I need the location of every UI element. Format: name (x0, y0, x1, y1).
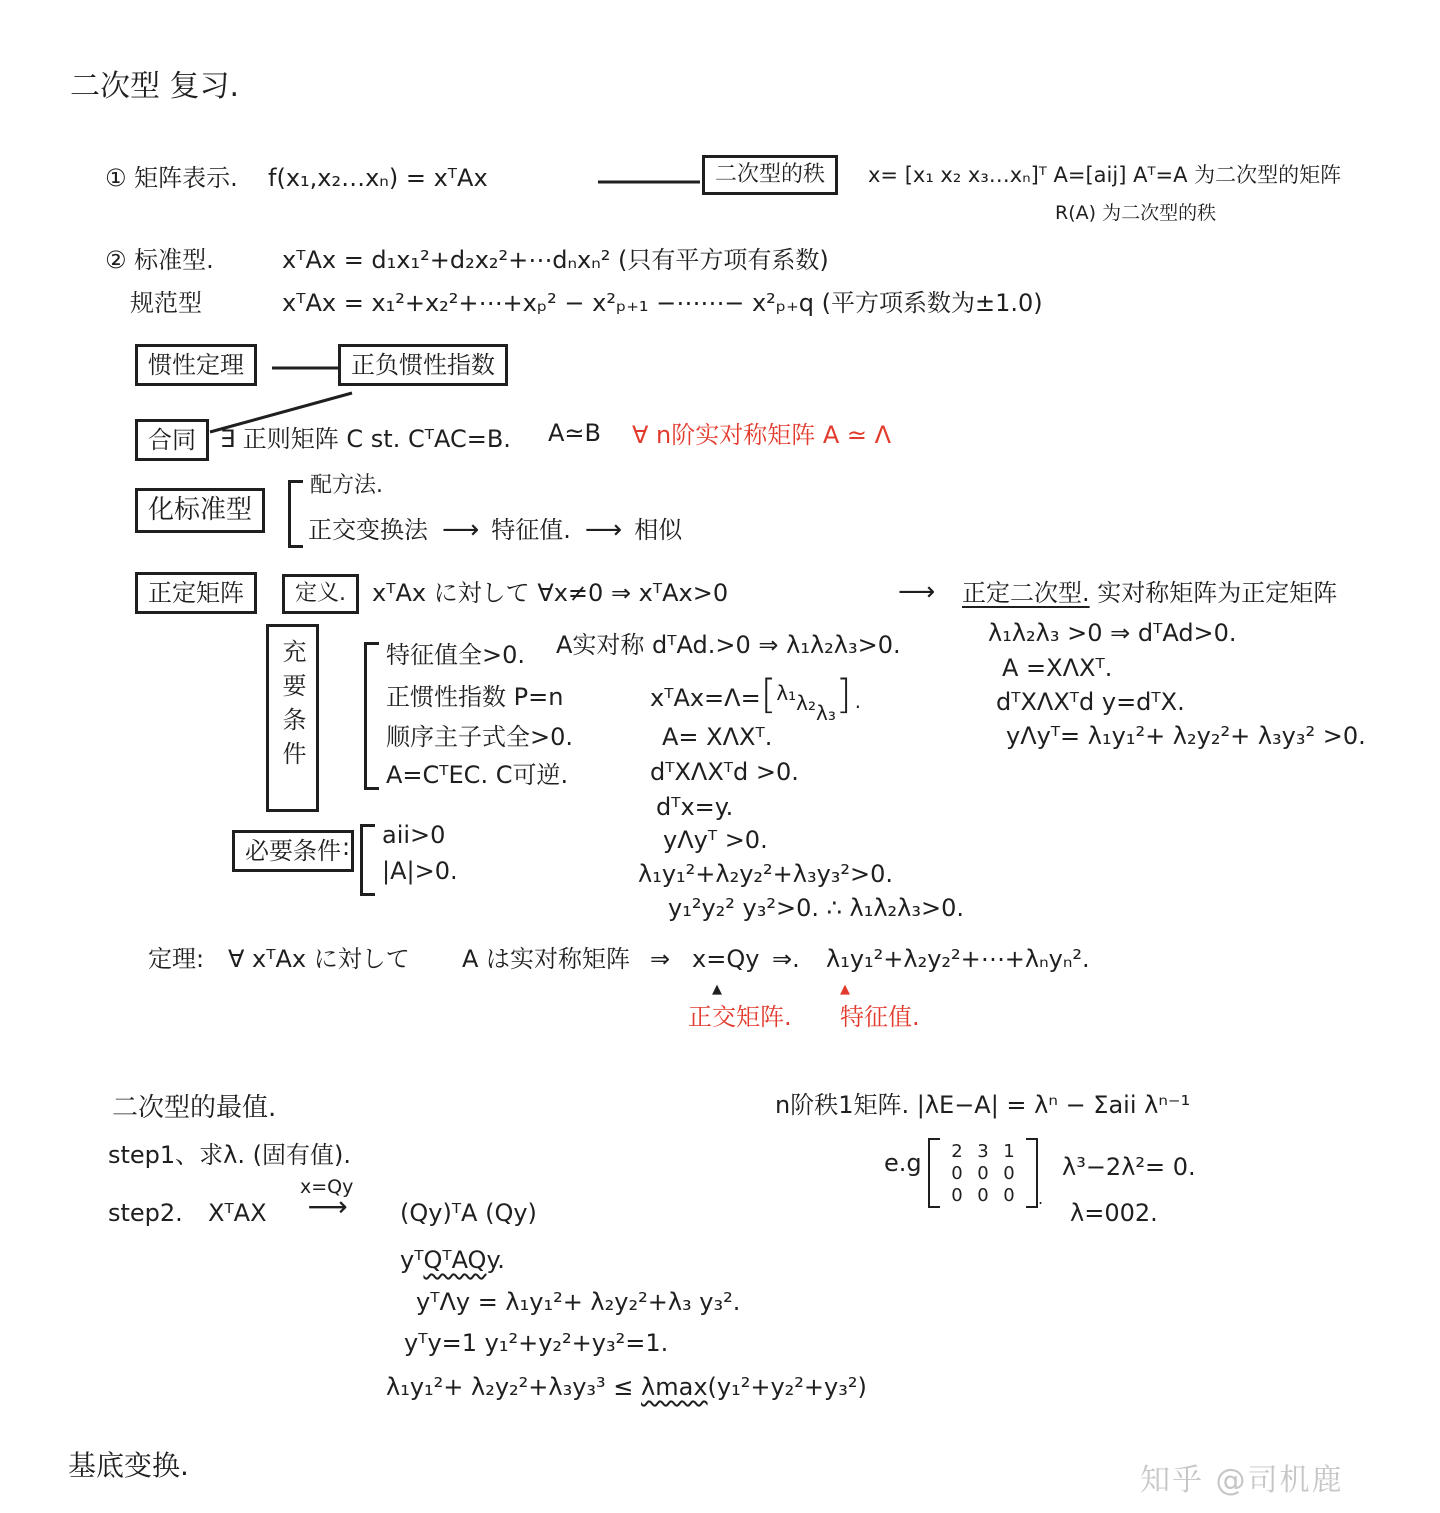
theorem-substitution: x=Qy (692, 944, 759, 974)
l3-wavy: QᵀAQ (423, 1246, 486, 1274)
sufficient-item-4: A=CᵀEC. C可逆. (386, 760, 568, 790)
rank1-eigen: λ=002. (1070, 1198, 1158, 1228)
sec1-rank-note: R(A) 为二次型的秩 (1055, 202, 1216, 226)
matrix-cell: 0 (1003, 1163, 1014, 1184)
standardize-result2: 相似 (634, 515, 682, 545)
diag-lambda1: λ₁ (776, 681, 796, 706)
triangle-marker-red-icon: ▲ (840, 982, 850, 997)
necessary-item-2: |A|>0. (382, 856, 458, 886)
sec2-canonical-formula: xᵀAx = x₁²+x₂²+⋯+xₚ² − x²ₚ₊₁ −⋯⋯− x²ₚ₊q … (282, 288, 1043, 318)
maxval-line4: yᵀΛy = λ₁y₁²+ λ₂y₂²+λ₃ y₃². (416, 1287, 740, 1317)
posdef-box: 正定矩阵 (135, 572, 257, 614)
posdef-conclusion: 正定二次型. (962, 579, 1090, 607)
matrix-cell: 0 (977, 1163, 988, 1184)
arrow-right-icon: ⟶ (585, 514, 620, 547)
standardize-method2-row: 正交变换法 ⟶ 特征值. ⟶ 相似 (308, 514, 682, 547)
derivation-mid-line8: y₁²y₂² y₃²>0. ∴ λ₁λ₂λ₃>0. (668, 893, 964, 923)
footer-note: 基底变换. (68, 1448, 189, 1483)
rank1-matrix: 2 3 1 0 0 0 0 0 0 . (928, 1138, 1043, 1208)
derivation-mid-line6: yΛyᵀ >0. (663, 825, 768, 855)
theorem-part1: ∀ xᵀAx に対して (228, 944, 410, 974)
standardize-box: 化标准型 (135, 488, 265, 533)
l6-rhs: (y₁²+y₂²+y₃²) (708, 1373, 867, 1401)
l6-lhs: λ₁y₁²+ λ₂y₂²+λ₃y₃³ (386, 1373, 606, 1401)
derivation-right-line2: A =XΛXᵀ. (1002, 653, 1112, 683)
congruent-statement: ∃ 正则矩阵 C st. CᵀAC=B. (220, 424, 511, 454)
less-equal-icon: ≤ (613, 1373, 633, 1401)
standardize-method1: 配方法. (310, 472, 383, 500)
l3-pre: yᵀ (400, 1246, 423, 1274)
theorem-part2: A は实对称矩阵 (462, 944, 630, 974)
inertia-theorem-box: 惯性定理 (135, 344, 257, 386)
derivation-mid-line4: dᵀXΛXᵀd >0. (650, 757, 799, 787)
diag-lambda2: λ₂ (796, 691, 816, 716)
theorem-result: λ₁y₁²+λ₂y₂²+⋯+λₙyₙ². (826, 944, 1090, 974)
posdef-note: 实对称矩阵为正定矩阵 (1097, 579, 1337, 607)
necessary-colon: : (342, 832, 350, 862)
theorem-red-label2: 特征值. (840, 1002, 920, 1032)
triangle-marker-icon: ▲ (712, 982, 722, 997)
rank-box: 二次型的秩 (702, 155, 838, 195)
maxval-line3: yᵀQᵀAQy. (400, 1245, 505, 1275)
theorem-label: 定理: (148, 944, 204, 974)
l6-lambda-max: λmax (641, 1373, 708, 1401)
diag-lambda3: λ₃ (816, 701, 836, 726)
sec2-canonical-label: 规范型 (130, 288, 202, 318)
derivation-mid-line7: λ₁y₁²+λ₂y₂²+λ₃y₃²>0. (638, 859, 893, 889)
matrix-cell: 0 (977, 1185, 988, 1206)
right-bracket-icon: ]. (836, 672, 864, 718)
sec2-heading: ② 标准型. (105, 245, 214, 275)
arrow-right-icon: ⟶ (898, 576, 933, 609)
rank1-line1: n阶秩1矩阵. |λE−A| = λⁿ − Σaii λⁿ⁻¹ (775, 1090, 1190, 1120)
matrix-cell: 3 (977, 1141, 988, 1162)
diag-prefix: xᵀAx=Λ= (650, 684, 761, 712)
maxval-line6: λ₁y₁²+ λ₂y₂²+λ₃y₃³ ≤ λmax(y₁²+y₂²+y₃²) (386, 1372, 867, 1402)
page-title: 二次型 复习. (70, 68, 239, 106)
inertia-index-box: 正负惯性指数 (338, 344, 508, 386)
matrix-right-bracket-icon (1026, 1138, 1038, 1208)
derivation-mid-line1: A实对称 dᵀAd.>0 ⇒ λ₁λ₂λ₃>0. (556, 630, 901, 660)
sec1-heading: ① 矩阵表示. (105, 163, 238, 193)
rank1-eg: e.g (884, 1148, 922, 1178)
watermark: 知乎 @司机鹿 (1140, 1455, 1344, 1499)
derivation-mid-line2: xᵀAx=Λ=[λ₁λ₂λ₃]. (650, 668, 864, 718)
theorem-red-label1: 正交矩阵. (688, 1002, 792, 1032)
matrix-grid: 2 3 1 0 0 0 0 0 0 (940, 1138, 1026, 1208)
sufficient-box: 充要条件 (266, 624, 319, 812)
congruent-relation: A≃B (548, 418, 601, 448)
sec1-right-note: x= [x₁ x₂ x₃…xₙ]ᵀ A=[aij] Aᵀ=A 为二次型的矩阵 (868, 162, 1341, 188)
sufficient-bracket (364, 642, 379, 790)
sec1-formula: f(x₁,x₂…xₙ) = xᵀAx (268, 163, 488, 193)
maxval-step2-arrow: x=Qy ⟶ (300, 1176, 353, 1223)
congruent-red-note: ∀ n阶实对称矩阵 A ≃ Λ (632, 420, 891, 450)
arrow-right-icon: ⟶ (308, 1190, 346, 1223)
maxval-step2-rhs: (Qy)ᵀA (Qy) (400, 1198, 537, 1228)
matrix-cell: 0 (1003, 1185, 1014, 1206)
left-bracket-icon: [ (761, 672, 777, 718)
congruent-box: 合同 (135, 419, 209, 461)
matrix-cell: 0 (951, 1163, 962, 1184)
maxval-step1: step1、求λ. (固有值). (108, 1140, 351, 1170)
matrix-cell: 2 (951, 1141, 962, 1162)
standardize-result1: 特征值. (491, 515, 571, 545)
sufficient-item-1: 特征值全>0. (386, 640, 525, 670)
sec2-standard-formula: xᵀAx = d₁x₁²+d₂x₂²+⋯dₙxₙ² (只有平方项有系数) (282, 245, 829, 275)
necessary-box: 必要条件 (232, 830, 354, 872)
double-arrow-icon: ⇒ (650, 944, 670, 974)
matrix-cell: 0 (951, 1185, 962, 1206)
maxval-line5: yᵀy=1 y₁²+y₂²+y₃²=1. (404, 1328, 668, 1358)
maxval-step2-lhs: XᵀAX (208, 1198, 267, 1228)
derivation-mid-line3: A= XΛXᵀ. (662, 722, 772, 752)
handwritten-notes-page: 二次型 复习. ① 矩阵表示. f(x₁,x₂…xₙ) = xᵀAx 二次型的秩… (0, 0, 1440, 1513)
posdef-conclusion-row: 正定二次型. 实对称矩阵为正定矩阵 (962, 578, 1337, 608)
sufficient-item-2: 正惯性指数 P=n (386, 682, 563, 712)
standardize-bracket (288, 480, 303, 548)
l3-post: y. (486, 1246, 504, 1274)
matrix-cell: 1 (1003, 1141, 1014, 1162)
necessary-item-1: aii>0 (382, 820, 445, 850)
derivation-mid-line5: dᵀx=y. (656, 792, 733, 822)
sufficient-item-3: 顺序主子式全>0. (386, 722, 573, 752)
double-arrow-icon: ⇒. (772, 944, 800, 974)
matrix-dot: . (1038, 1189, 1043, 1208)
arrow-right-icon: ⟶ (442, 514, 477, 547)
derivation-right-line1: λ₁λ₂λ₃ >0 ⇒ dᵀAd>0. (988, 618, 1237, 648)
posdef-statement: xᵀAx に対して ∀x≠0 ⇒ xᵀAx>0 (372, 578, 728, 608)
maxval-title: 二次型的最值. (112, 1092, 276, 1125)
posdef-def-box: 定义. (282, 574, 359, 614)
maxval-step2-label: step2. (108, 1198, 183, 1228)
derivation-right-line4: yΛyᵀ= λ₁y₁²+ λ₂y₂²+ λ₃y₃² >0. (1006, 721, 1366, 751)
matrix-left-bracket-icon (928, 1138, 940, 1208)
necessary-bracket (360, 824, 375, 896)
derivation-right-line3: dᵀXΛXᵀd y=dᵀX. (996, 687, 1185, 717)
rank1-char-eq: λ³−2λ²= 0. (1062, 1152, 1196, 1182)
standardize-method2: 正交变换法 (308, 515, 428, 545)
